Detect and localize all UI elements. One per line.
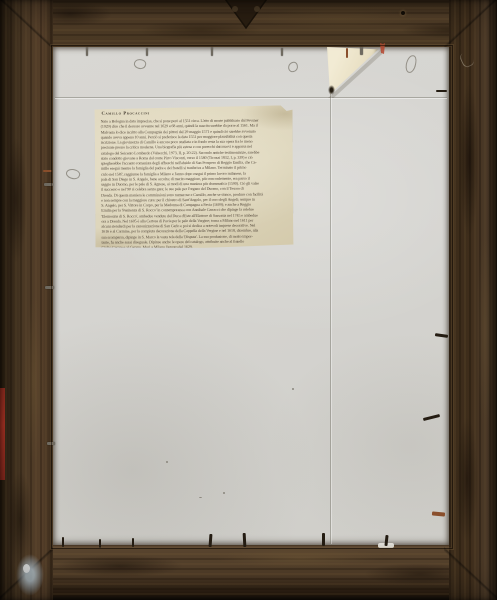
frame-rail-bottom [0,546,497,600]
paint-highlight [23,564,30,573]
frame-inner-lip [51,45,453,549]
nail-hole [401,11,405,15]
red-paint-left-edge [0,388,5,480]
photo-back-of-framed-painting: Camillo Procaccini Nato a Bologna in dat… [0,0,497,600]
frame-rail-left [0,0,53,600]
hanging-bracket [218,0,274,32]
frame-rail-right [449,0,497,600]
